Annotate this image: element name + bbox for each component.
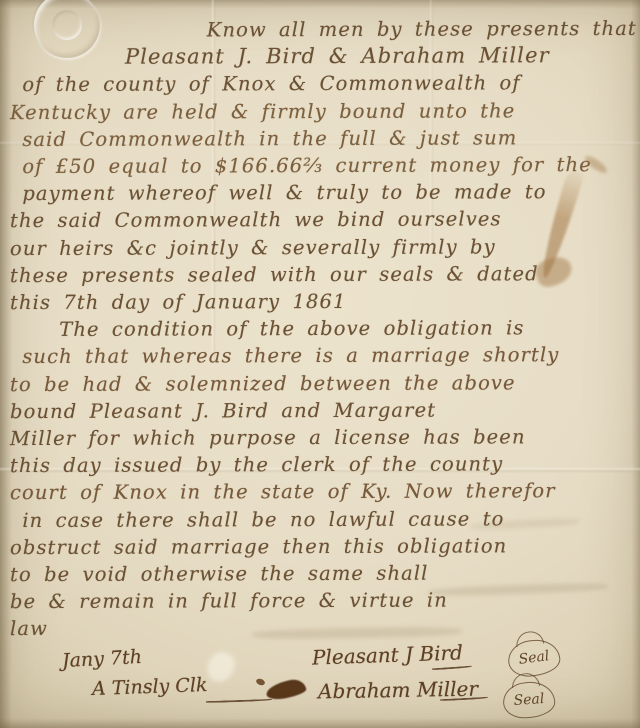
clerk-signature: A Tinsly Clk <box>92 674 208 700</box>
handwritten-line: this 7th day of January 1861 <box>10 287 630 316</box>
paper-edge-bottom <box>0 718 640 728</box>
signature-flourish <box>432 666 472 671</box>
seal-mark: Seal <box>506 637 562 679</box>
handwritten-line: Pleasant J. Bird & Abraham Miller <box>10 42 630 71</box>
handwritten-line: payment whereof well & truly to be made … <box>10 178 630 207</box>
handwritten-line: Miller for which purpose a license has b… <box>10 423 630 452</box>
seal-mark: Seal <box>502 680 556 720</box>
document-page: Know all men by these presents that we P… <box>0 0 640 728</box>
handwritten-line: Know all men by these presents that we <box>10 15 630 44</box>
ink-blot <box>255 678 266 687</box>
paper-abrasion <box>205 649 238 685</box>
handwritten-line: such that whereas there is a marriage sh… <box>10 341 630 370</box>
handwritten-line: The condition of the above obligation is <box>10 314 630 343</box>
seal-label: Seal <box>518 648 550 668</box>
handwritten-line: bound Pleasant J. Bird and Margaret <box>10 396 630 425</box>
signature-flourish <box>206 699 272 703</box>
handwritten-line: said Commonwealth in the full & just sum <box>10 124 630 153</box>
signature-pleasant-bird: Pleasant J Bird <box>312 640 464 669</box>
seal-label: Seal <box>513 691 545 709</box>
document-body: Know all men by these presents that we P… <box>10 16 630 642</box>
handwritten-line: to be had & solemnized between the above <box>10 369 630 398</box>
paper-edge-right <box>631 0 640 728</box>
handwritten-line: this day issued by the clerk of the coun… <box>10 450 630 479</box>
handwritten-line: of £50 equal to $166.66⅔ current money f… <box>10 151 630 180</box>
handwritten-line: obstruct said marriage then this obligat… <box>10 532 630 561</box>
date-note: Jany 7th <box>61 646 142 672</box>
handwritten-line: Kentucky are held & firmly bound unto th… <box>10 97 630 126</box>
handwritten-line: our heirs &c jointly & severally firmly … <box>10 233 630 262</box>
handwritten-line: the said Commonwealth we bind ourselves <box>10 205 630 234</box>
handwritten-line: court of Knox in the state of Ky. Now th… <box>10 477 630 506</box>
handwritten-line: of the county of Knox & Commonwealth of <box>10 69 630 98</box>
